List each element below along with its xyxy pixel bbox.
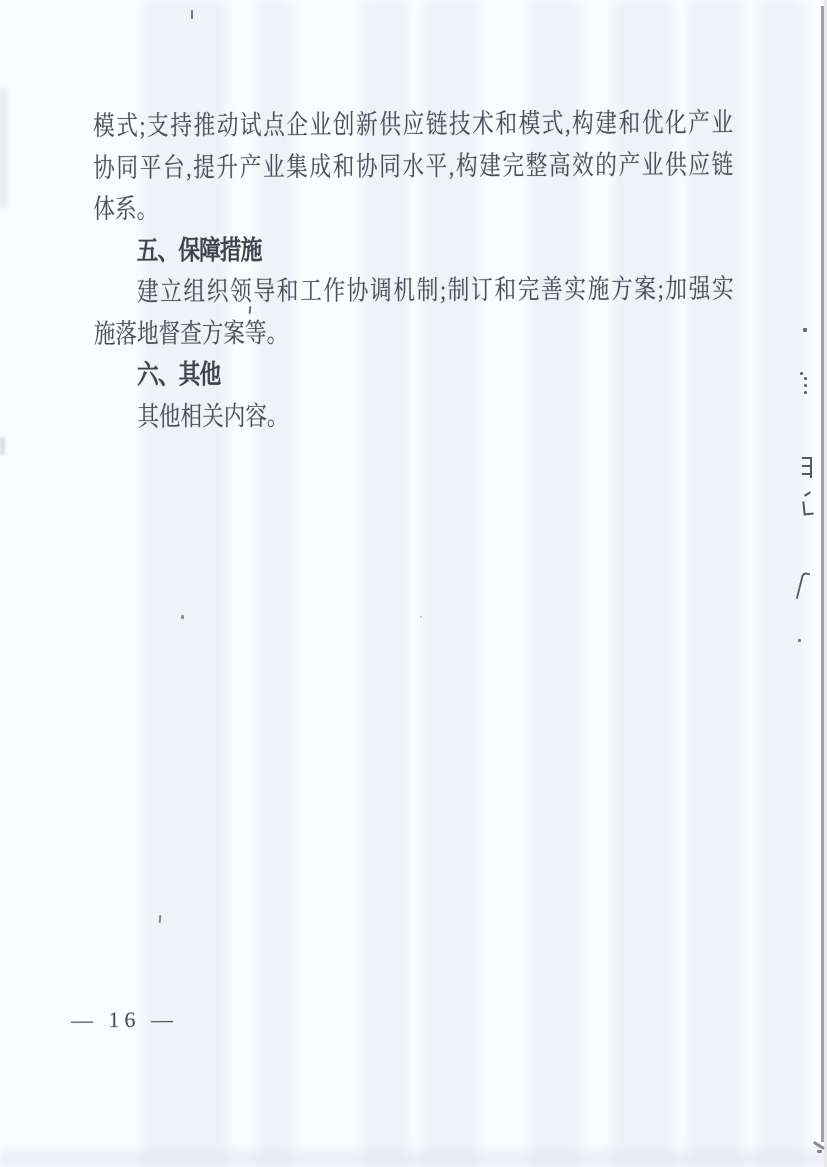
page-edge-line [821,6,824,1142]
scan-speck [798,639,801,642]
partial-character-fragment [802,501,813,516]
page-number: — 16 — [71,1007,178,1034]
section-heading-6: 六、其他 [94,352,734,397]
scan-speck [420,616,422,618]
partial-character-fragment [796,571,811,600]
paragraph-line: 模式;支持推动试点企业创新供应链技术和模式,构建和优化产业 [93,103,733,148]
partial-character-fragment [802,457,812,478]
scan-band [758,0,804,1167]
scan-speck [159,915,162,923]
scan-bottom-shade [0,1150,827,1167]
document-body: 模式;支持推动试点企业创新供应链技术和模式,构建和优化产业 协同平台,提升产业集… [93,103,734,438]
scan-speck [191,10,193,19]
paragraph-line: 协同平台,提升产业集成和协同水平,构建完整高效的产业供应链 [93,144,733,189]
paragraph-line: 施落地督查方案等。 [94,310,734,355]
paragraph-line: 体系。 [93,186,733,231]
section-heading-5: 五、保障措施 [93,227,733,272]
scanned-document-page: 模式;支持推动试点企业创新供应链技术和模式,构建和优化产业 协同平台,提升产业集… [0,0,827,1167]
scan-speck [181,615,184,619]
scan-left-edge-shade [0,88,7,208]
scan-left-edge-smudge [0,437,5,455]
paragraph-line: 其他相关内容。 [94,393,734,438]
scan-corner-speck [817,1150,822,1153]
paragraph-line: 建立组织领导和工作协调机制;制订和完善实施方案;加强实 [94,269,734,314]
scan-speck [803,328,807,332]
partial-character-fragment [804,491,811,496]
